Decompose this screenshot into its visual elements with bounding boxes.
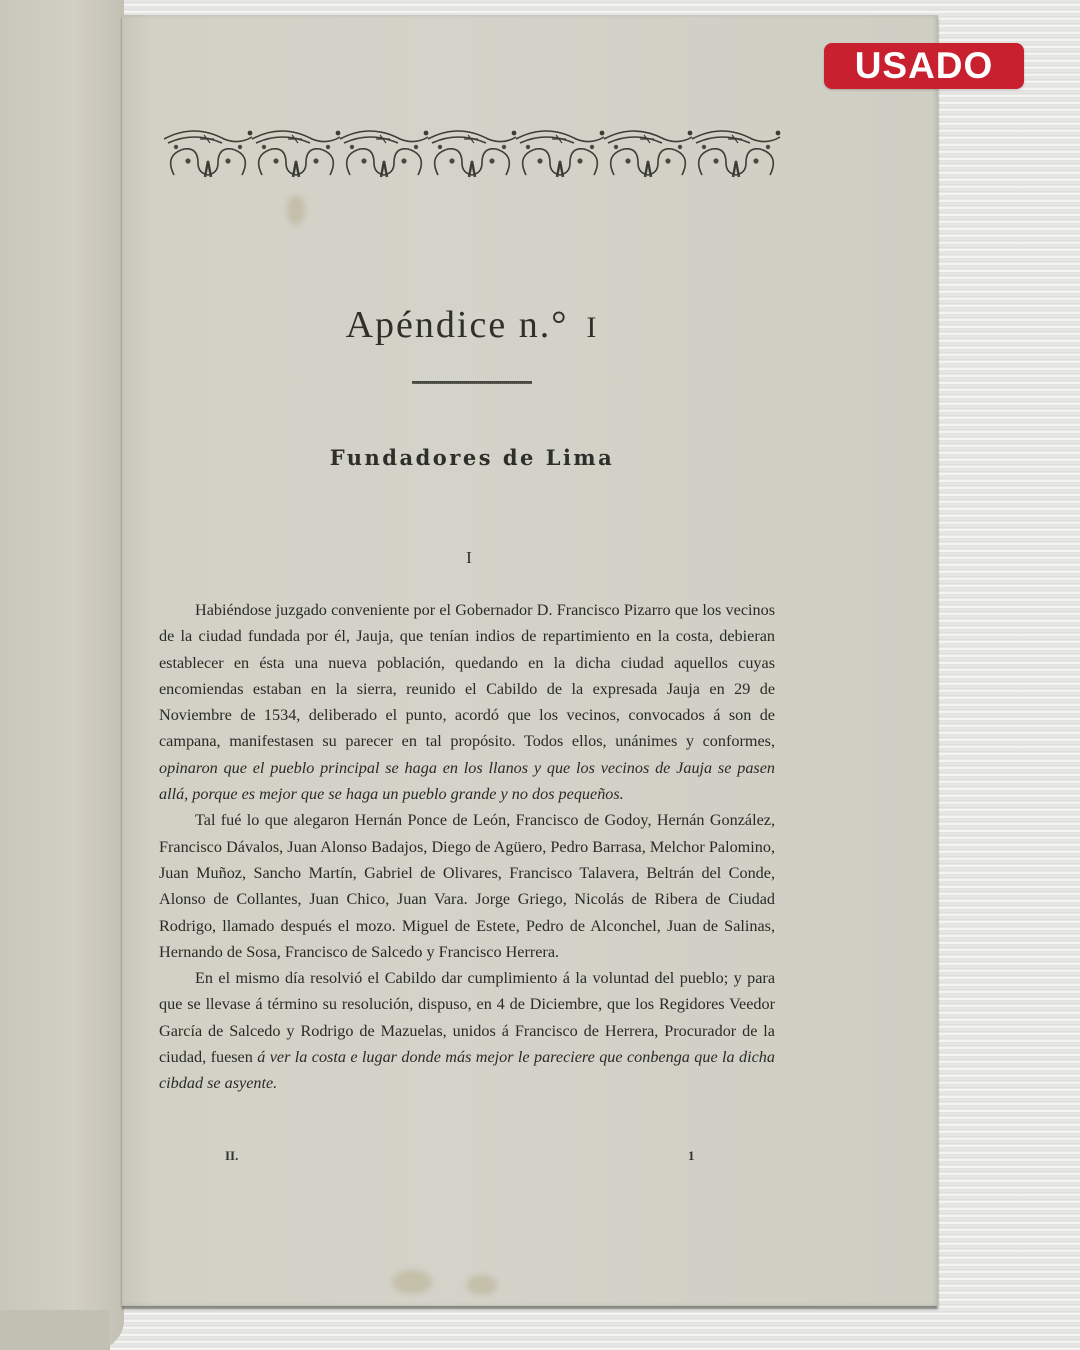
book-page: Apéndice n.°I Fundadores de Lima I Habié… [122,15,938,1306]
paper-stain [392,1270,432,1294]
paragraph: Habiéndose juzgado conveniente por el Go… [159,597,775,807]
appendix-number: I [586,311,598,344]
condition-badge: USADO [824,43,1024,89]
paper-stain [467,1275,497,1295]
paragraph-text: Tal fué lo que alegaron Hernán Ponce de … [159,811,775,960]
decorative-border-ornament [164,125,784,185]
paper-stain [287,195,305,225]
appendix-title-text: Apéndice n.° [346,304,569,346]
body-text: Habiéndose juzgado conveniente por el Go… [159,597,775,1097]
paragraph: En el mismo día resolvió el Cabildo dar … [159,965,775,1096]
page-number: 1 [688,1148,695,1164]
chapter-subtitle: Fundadores de Lima [122,445,822,470]
paragraph-italic-quote: opinaron que el pueblo principal se haga… [159,759,775,803]
paragraph-text: Habiéndose juzgado conveniente por el Go… [159,601,775,750]
signature-mark: II. [225,1148,238,1164]
paragraph: Tal fué lo que alegaron Hernán Ponce de … [159,807,775,965]
facing-left-page [0,0,124,1350]
title-divider [412,381,532,384]
section-number: I [122,548,816,568]
appendix-title: Apéndice n.°I [122,303,822,347]
